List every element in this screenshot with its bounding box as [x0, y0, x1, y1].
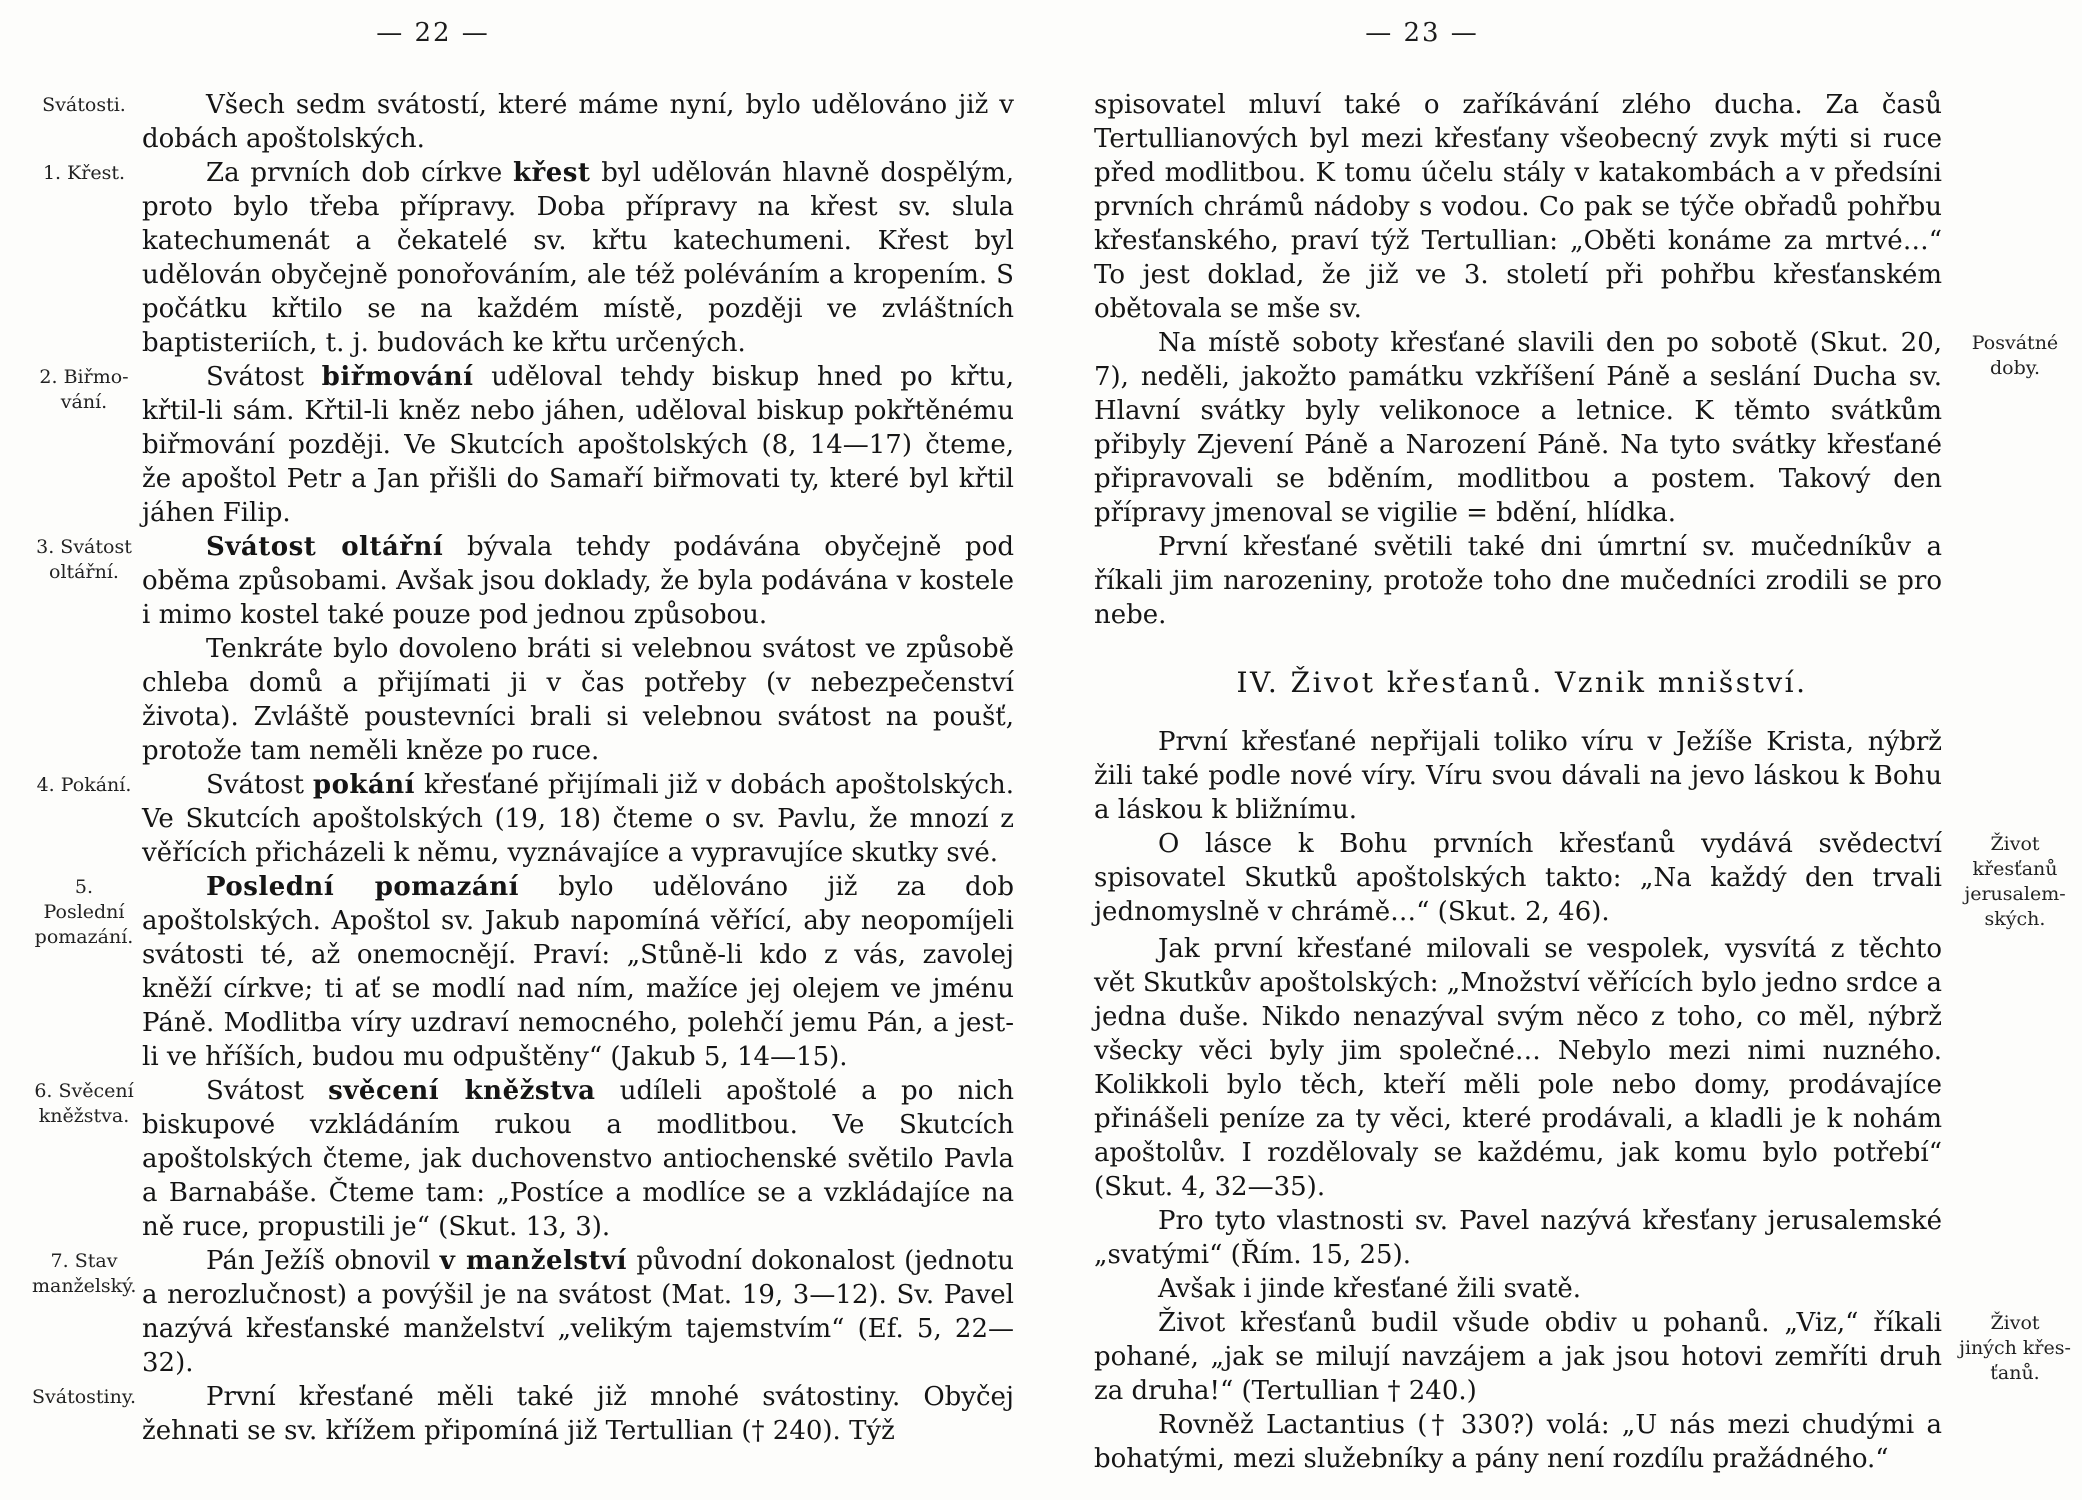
section-svatost-oltarni: 3. Svátost oltářní. Svátost oltářní býva… [32, 530, 1014, 632]
paragraph-text: bylo udělováno již za dob apoštolských. … [142, 872, 1014, 1072]
paragraph: Pán Ježíš obnovil v manželství původní d… [142, 1244, 1014, 1380]
paragraph-text: Za prvních dob církve [206, 158, 513, 188]
paragraph-text: Pro tyto vlastnosti sv. Pavel nazývá kře… [1094, 1206, 1942, 1270]
section-stav-manzelsky: 7. Stav manželský. Pán Ježíš obnovil v m… [32, 1244, 1014, 1380]
paragraph: Jak první křesťané milovali se vespolek,… [1094, 932, 1942, 1204]
paragraph: Tenkráte bylo dovoleno bráti si velebnou… [142, 632, 1014, 768]
paragraph-text: Tenkráte bylo dovoleno bráti si velebnou… [142, 634, 1014, 766]
paragraph-bold-term: Svátost oltářní [206, 532, 443, 562]
section-birmovani: 2. Biřmo- vání. Svátost biřmování udělov… [32, 360, 1014, 530]
paragraph-bold-term: biřmování [322, 362, 474, 392]
margin-note-svatostiny: Svátostiny. [32, 1380, 142, 1410]
paragraph-text: Svátost [206, 770, 313, 800]
section-zivot-krestanu-jerusalemskych: O lásce k Bohu prvních křesťanů vydává s… [1094, 827, 2080, 932]
paragraph-row: První křesťané světili také dni úmrtní s… [1094, 530, 2080, 632]
page-number-left: — 22 — [32, 18, 1014, 48]
margin-note-zivot-krestanu-jerusalemskych: Život křesťanů jerusalem- ských. [1942, 827, 2080, 932]
paragraph-text: Jak první křesťané milovali se vespolek,… [1094, 934, 1942, 1202]
paragraph: Život křesťanů budil všude obdiv u pohan… [1094, 1306, 1942, 1408]
paragraph-text: Na místě soboty křesťané slavili den po … [1094, 328, 1942, 528]
paragraph-row: spisovatel mluví také o zaříkávání zlého… [1094, 88, 2080, 326]
paragraph-text: Svátost [206, 362, 322, 392]
paragraph: spisovatel mluví také o zaříkávání zlého… [1094, 88, 1942, 326]
paragraph: Za prvních dob církve křest byl udělován… [142, 156, 1014, 360]
paragraph-row: Jak první křesťané milovali se vespolek,… [1094, 932, 2080, 1204]
section-posvatne-doby: Na místě soboty křesťané slavili den po … [1094, 326, 2080, 530]
section-posledni-pomazani: 5. Poslední pomazání. Poslední pomazání … [32, 870, 1014, 1074]
section-krest: 1. Křest. Za prvních dob církve křest by… [32, 156, 1014, 360]
paragraph-bold-term: pokání [313, 770, 415, 800]
paragraph-text: První křesťané měli také již mnohé sváto… [142, 1382, 1014, 1446]
paragraph: Svátost pokání křesťané přijímali již v … [142, 768, 1014, 870]
margin-note-empty [32, 632, 142, 637]
left-page: — 22 — Svátosti. Všech sedm svátostí, kt… [32, 18, 1014, 1448]
margin-note-stav-manzelsky: 7. Stav manželský. [32, 1244, 142, 1299]
margin-note-krest: 1. Křest. [32, 156, 142, 186]
chapter-heading: IV. Život křesťanů. Vznik mnišství. [1094, 666, 1950, 699]
paragraph: První křesťané světili také dni úmrtní s… [1094, 530, 1942, 632]
section-svatostiny: Svátostiny. První křesťané měli také již… [32, 1380, 1014, 1448]
margin-note-empty [1942, 725, 2080, 730]
margin-note-empty [1942, 1204, 2080, 1209]
paragraph-text: O lásce k Bohu prvních křesťanů vydává s… [1094, 829, 1942, 927]
paragraph-text: Rovněž Lactantius († 330?) volá: „U nás … [1094, 1410, 1942, 1474]
margin-note-pokani: 4. Pokání. [32, 768, 142, 798]
margin-note-posledni-pomazani: 5. Poslední pomazání. [32, 870, 142, 950]
paragraph: Pro tyto vlastnosti sv. Pavel nazývá kře… [1094, 1204, 1942, 1272]
paragraph-bold-term: v manželství [440, 1246, 627, 1276]
paragraph: Avšak i jinde křesťané žili svatě. [1094, 1272, 1942, 1306]
section-pokani: 4. Pokání. Svátost pokání křesťané přijí… [32, 768, 1014, 870]
paragraph-row: Pro tyto vlastnosti sv. Pavel nazývá kře… [1094, 1204, 2080, 1272]
paragraph-text: První křesťané světili také dni úmrtní s… [1094, 532, 1942, 630]
paragraph: Poslední pomazání bylo udělováno již za … [142, 870, 1014, 1074]
book-spread: — 22 — Svátosti. Všech sedm svátostí, kt… [0, 0, 2082, 1500]
paragraph: Rovněž Lactantius († 330?) volá: „U nás … [1094, 1408, 1942, 1476]
paragraph-text: Život křesťanů budil všude obdiv u pohan… [1094, 1308, 1942, 1406]
paragraph-text: Avšak i jinde křesťané žili svatě. [1158, 1274, 1581, 1304]
margin-note-birmovani: 2. Biřmo- vání. [32, 360, 142, 415]
section-zivot-jinych-krestanu: Život křesťanů budil všude obdiv u pohan… [1094, 1306, 2080, 1408]
margin-note-zivot-jinych-krestanu: Život jiných křes- ťanů. [1942, 1306, 2080, 1386]
right-page: — 23 — spisovatel mluví také o zaříkáván… [1094, 18, 2080, 1476]
paragraph-bold-term: Poslední pomazání [206, 872, 519, 902]
margin-note-empty [1942, 88, 2080, 93]
paragraph-text: Pán Ježíš obnovil [206, 1246, 440, 1276]
paragraph-row: Rovněž Lactantius († 330?) volá: „U nás … [1094, 1408, 2080, 1476]
paragraph-text: Všech sedm svátostí, které máme nyní, by… [142, 90, 1014, 154]
paragraph-row: Tenkráte bylo dovoleno bráti si velebnou… [32, 632, 1014, 768]
paragraph: První křesťané nepřijali toliko víru v J… [1094, 725, 1942, 827]
section-svatosti: Svátosti. Všech sedm svátostí, které mám… [32, 88, 1014, 156]
margin-note-empty [1942, 1408, 2080, 1413]
margin-note-sveceni-knezstva: 6. Svěcení kněžstva. [32, 1074, 142, 1129]
paragraph: Svátost oltářní bývala tehdy podávána ob… [142, 530, 1014, 632]
paragraph-bold-term: svěcení kněžstva [328, 1076, 595, 1106]
paragraph-text: První křesťané nepřijali toliko víru v J… [1094, 727, 1942, 825]
paragraph: První křesťané měli také již mnohé sváto… [142, 1380, 1014, 1448]
margin-note-svatost-oltarni: 3. Svátost oltářní. [32, 530, 142, 585]
paragraph-bold-term: křest [513, 158, 590, 188]
margin-note-empty [1942, 530, 2080, 535]
paragraph: Svátost biřmování uděloval tehdy biskup … [142, 360, 1014, 530]
margin-note-empty [1942, 932, 2080, 937]
paragraph-text: spisovatel mluví také o zaříkávání zlého… [1094, 90, 1942, 324]
paragraph-row: První křesťané nepřijali toliko víru v J… [1094, 725, 2080, 827]
paragraph-text: byl udělován hlavně dospělým, proto bylo… [142, 158, 1014, 358]
margin-note-posvatne-doby: Posvátné doby. [1942, 326, 2080, 381]
margin-note-empty [1942, 1272, 2080, 1277]
paragraph: O lásce k Bohu prvních křesťanů vydává s… [1094, 827, 1942, 929]
paragraph: Svátost svěcení kněžstva udíleli apoštol… [142, 1074, 1014, 1244]
page-number-right: — 23 — [1094, 18, 2080, 48]
paragraph: Na místě soboty křesťané slavili den po … [1094, 326, 1942, 530]
paragraph-text: Svátost [206, 1076, 328, 1106]
margin-note-svatosti: Svátosti. [32, 88, 142, 118]
paragraph-row: Avšak i jinde křesťané žili svatě. [1094, 1272, 2080, 1306]
paragraph: Všech sedm svátostí, které máme nyní, by… [142, 88, 1014, 156]
section-sveceni-knezstva: 6. Svěcení kněžstva. Svátost svěcení kně… [32, 1074, 1014, 1244]
